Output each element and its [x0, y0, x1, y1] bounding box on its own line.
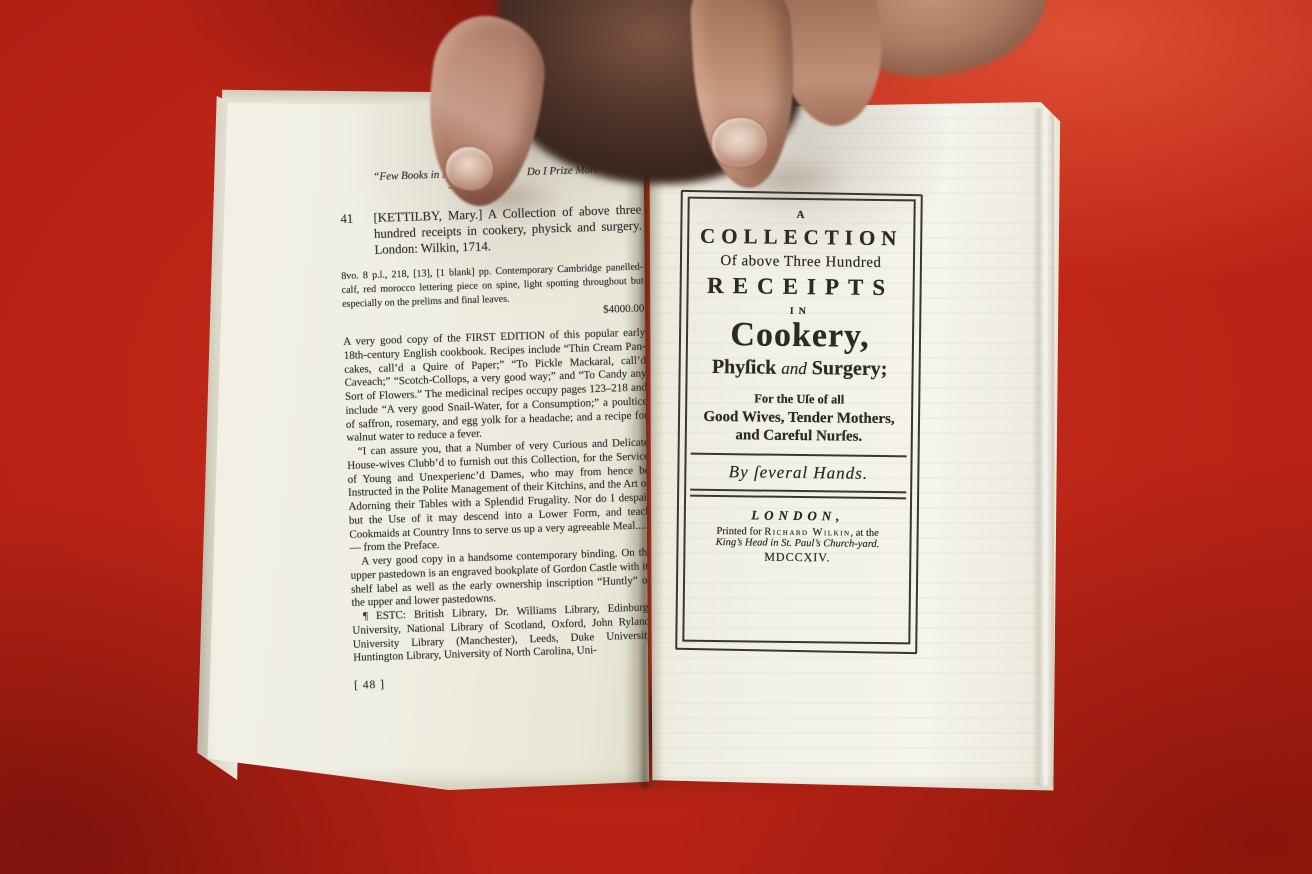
hand — [0, 0, 1312, 874]
photo-scene: “Few Books in My LDo I Prize More” — Pen… — [0, 0, 1312, 874]
